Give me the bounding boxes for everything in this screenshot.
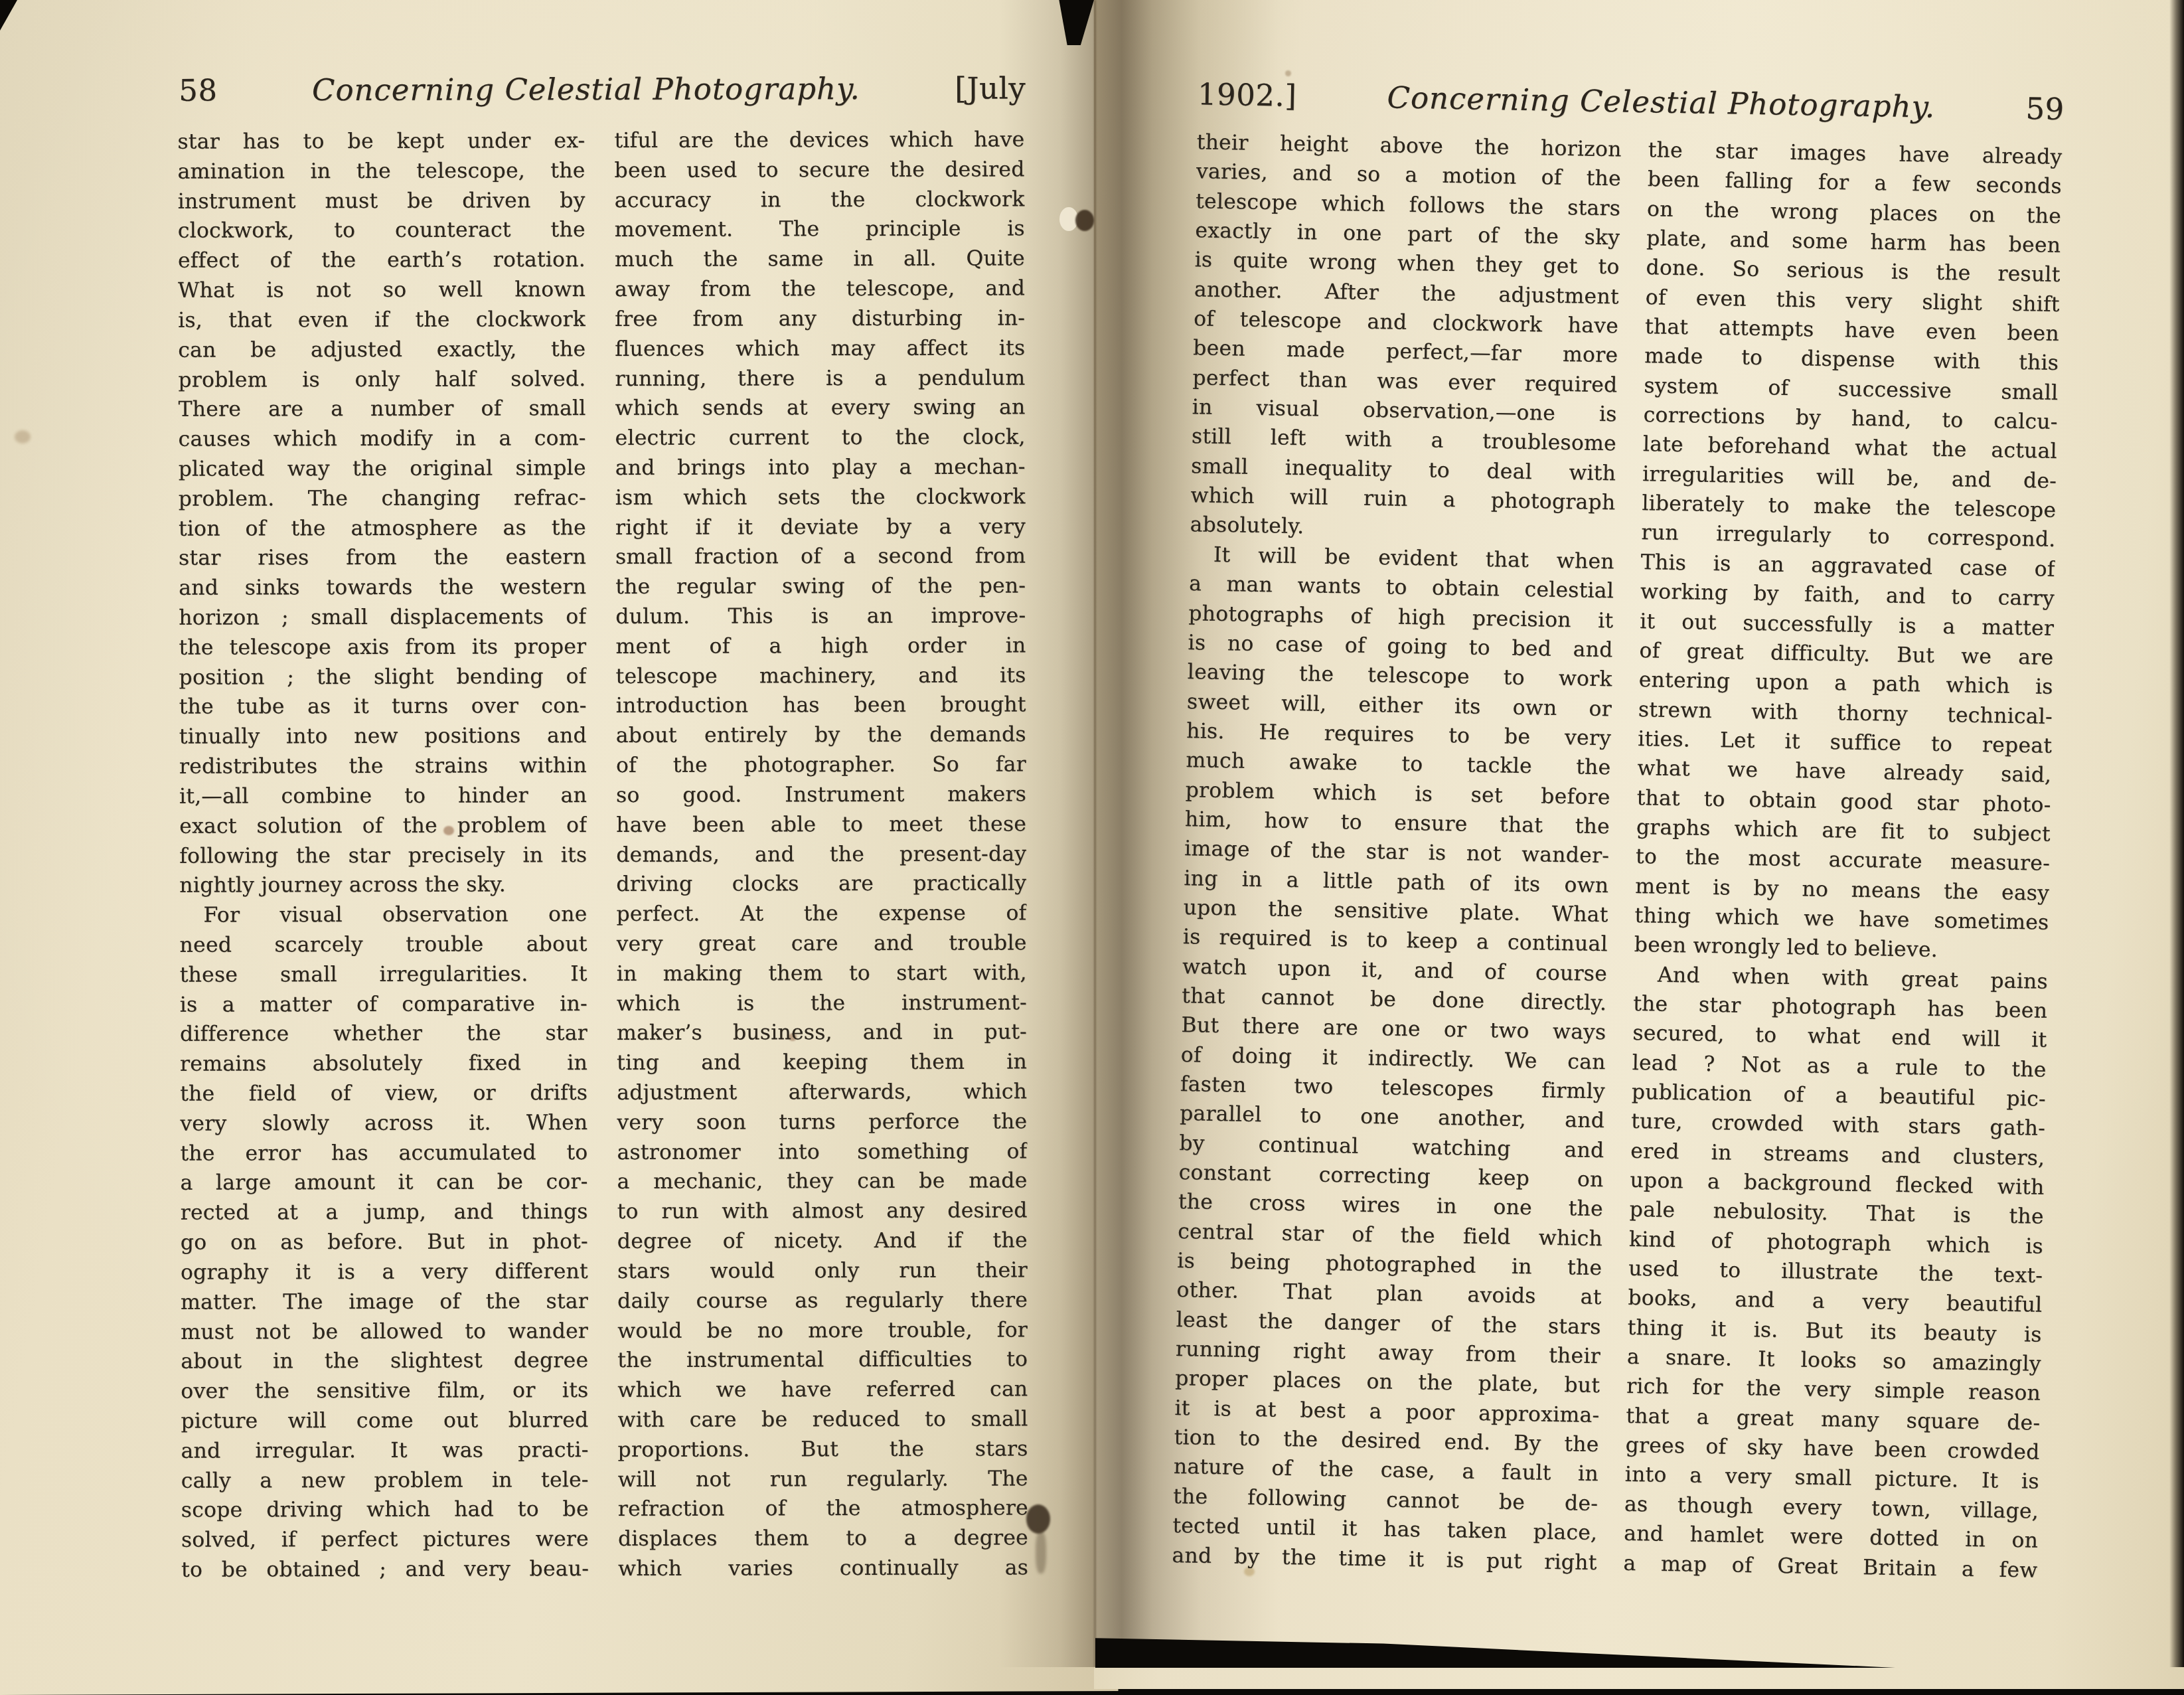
book-scan-spread: 58 Concerning Celestial Photography. [Ju…	[0, 0, 2184, 1667]
page-number: 59	[2025, 91, 2065, 127]
right-page-column-1: their height above the horizonvaries, an…	[1172, 127, 1622, 1577]
right-page-column-2: the star images have alreadybeen falling…	[1623, 135, 2063, 1585]
right-page-text: 1902.] Concerning Celestial Photography.…	[0, 0, 2184, 1667]
issue-year-note: 1902.]	[1198, 76, 1297, 114]
right-page-header: 1902.] Concerning Celestial Photography.…	[1198, 76, 2065, 127]
running-title: Concerning Celestial Photography.	[1387, 80, 1936, 124]
